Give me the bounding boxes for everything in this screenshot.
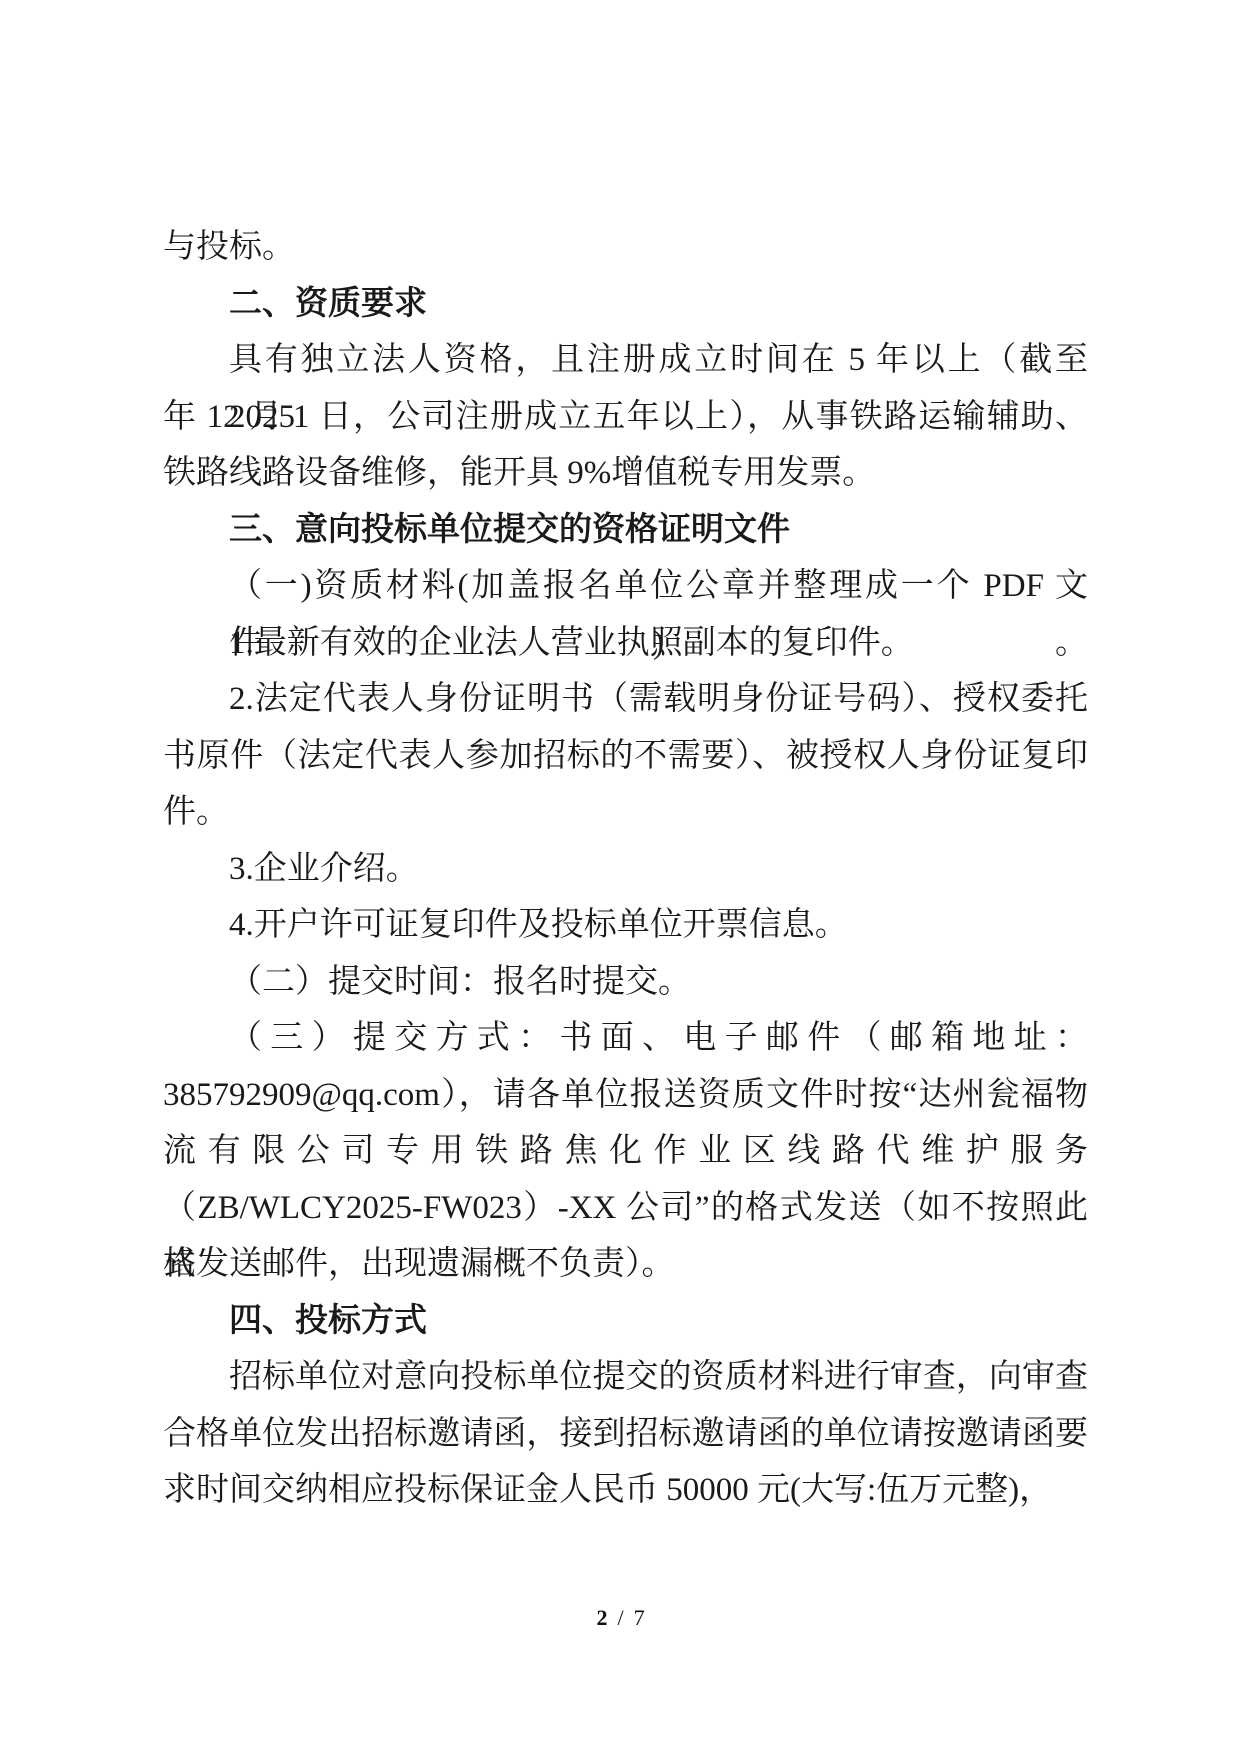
text-line: 式发送邮件，出现遗漏概不负责）。 <box>163 1236 1088 1293</box>
text-line: 385792909@qq.com），请各单位报送资质文件时按“达州瓮福物 <box>163 1067 1088 1124</box>
text-line: 与投标。 <box>163 219 1088 276</box>
page-number-separator: / <box>617 1605 623 1630</box>
document-page: 与投标。 二、资质要求 具有独立法人资格，且注册成立时间在 5 年以上（截至 2… <box>163 219 1088 1519</box>
text-line: （ZB/WLCY2025-FW023）-XX 公司”的格式发送（如不按照此格 <box>163 1180 1088 1237</box>
text-line: 件。 <box>163 784 1088 841</box>
current-page-number: 2 <box>596 1605 607 1630</box>
text-line: 招标单位对意向投标单位提交的资质材料进行审查，向审查 <box>163 1349 1088 1406</box>
total-page-count: 7 <box>634 1605 645 1630</box>
text-line: 铁路线路设备维修，能开具 9%增值税专用发票。 <box>163 445 1088 502</box>
text-line: 求时间交纳相应投标保证金人民币 50000 元(大写:伍万元整)， <box>163 1462 1088 1519</box>
text-line: 流有限公司专用铁路焦化作业区线路代维护服务 <box>163 1123 1088 1180</box>
section-heading: 三、意向投标单位提交的资格证明文件 <box>163 502 1088 559</box>
page-number: 2/7 <box>0 1596 1241 1640</box>
section-heading: 二、资质要求 <box>163 276 1088 333</box>
text-line: 书原件（法定代表人参加招标的不需要）、被授权人身份证复印 <box>163 728 1088 785</box>
list-item: 2.法定代表人身份证明书（需载明身份证号码）、授权委托 <box>163 671 1088 728</box>
text-line: 具有独立法人资格，且注册成立时间在 5 年以上（截至 2025 <box>163 332 1088 389</box>
text-line: （二）提交时间：报名时提交。 <box>163 954 1088 1011</box>
text-line: （一)资质材料(加盖报名单位公章并整理成一个 PDF 文件)。 <box>163 558 1088 615</box>
list-item: 4.开户许可证复印件及投标单位开票信息。 <box>163 897 1088 954</box>
section-heading: 四、投标方式 <box>163 1293 1088 1350</box>
text-line: 合格单位发出招标邀请函，接到招标邀请函的单位请按邀请函要 <box>163 1406 1088 1463</box>
list-item: 3.企业介绍。 <box>163 841 1088 898</box>
text-line: （三）提交方式：书面、电子邮件（邮箱地址： <box>163 1010 1088 1067</box>
text-line: 年 12 月 1 日，公司注册成立五年以上），从事铁路运输辅助、 <box>163 389 1088 446</box>
